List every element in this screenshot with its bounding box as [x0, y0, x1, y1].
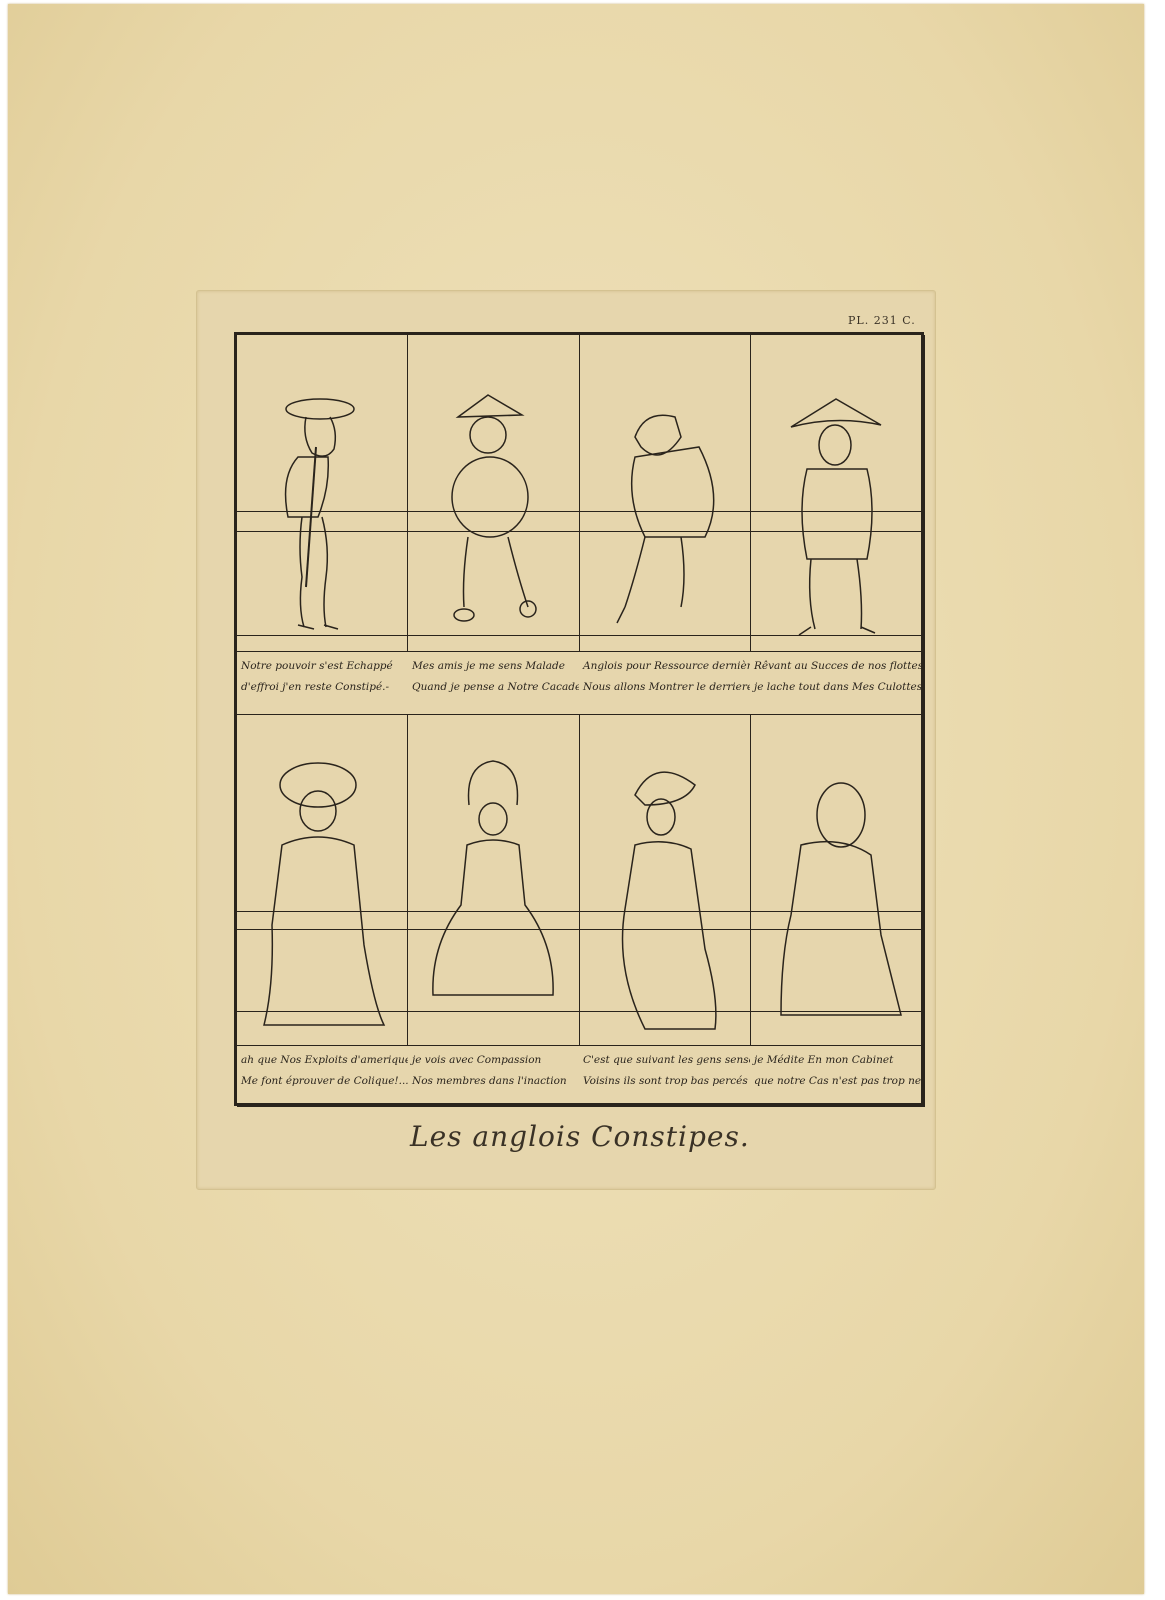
- man-head-in-hands-figure: [595, 387, 735, 647]
- stout-man-cocked-hat-figure: [428, 387, 558, 647]
- panel-bottom-1: [237, 715, 408, 1045]
- panel-top-2: [408, 335, 579, 651]
- caption-top-4: Rêvant au Succes de nos flottesje lache …: [750, 652, 921, 714]
- woman-bonnet-seated-figure: [252, 755, 392, 1045]
- man-tricorn-hat-cane-figure: [262, 387, 382, 647]
- caption-bottom-2: je vois avec CompassionNos membres dans …: [408, 1046, 579, 1102]
- panel-top-4: [751, 335, 921, 651]
- caption-top-3: Anglois pour Ressource dernièreNous allo…: [579, 652, 750, 714]
- panel-bottom-3: [580, 715, 751, 1045]
- man-bicorne-hat-seated-figure: [771, 387, 901, 647]
- caption-top-1: Notre pouvoir s'est Echappéd'effroi j'en…: [237, 652, 408, 714]
- top-row: [237, 335, 921, 651]
- caption-bottom-1: ah que Nos Exploits d'ameriqueMe font ép…: [237, 1046, 408, 1102]
- woman-turban-hand-on-cheek-figure: [595, 755, 735, 1045]
- bottom-captions: ah que Nos Exploits d'ameriqueMe font ép…: [237, 1045, 921, 1102]
- panel-bottom-4: [751, 715, 921, 1045]
- print-title: Les anglois Constipes.: [410, 1120, 750, 1153]
- panel-top-3: [580, 335, 751, 651]
- etching-frame: Notre pouvoir s'est Echappéd'effroi j'en…: [235, 333, 923, 1105]
- caption-bottom-3: C'est que suivant les gens sensésVoisins…: [579, 1046, 750, 1102]
- top-captions: Notre pouvoir s'est Echappéd'effroi j'en…: [237, 651, 921, 715]
- woman-tall-headdress-figure: [423, 755, 563, 1045]
- caption-top-2: Mes amis je me sens MaladeQuand je pense…: [408, 652, 579, 714]
- panel-top-1: [237, 335, 408, 651]
- woman-bent-over-hat-figure: [761, 755, 911, 1045]
- plate-number: PL. 231 C.: [848, 314, 916, 327]
- caption-bottom-4: je Médite En mon Cabinetque notre Cas n'…: [750, 1046, 921, 1102]
- bottom-row: [237, 715, 921, 1045]
- panel-bottom-2: [408, 715, 579, 1045]
